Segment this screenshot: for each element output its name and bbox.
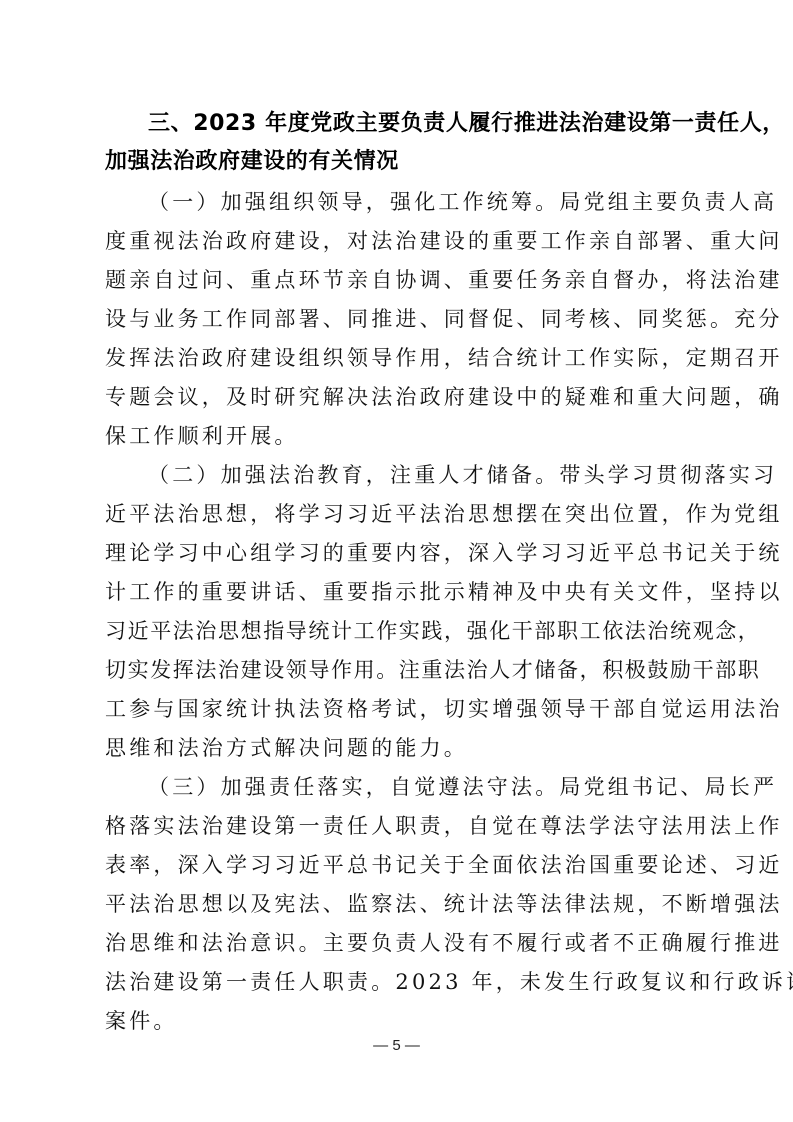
paragraph-2-line-8: 思维和法治方式解决问题的能力。 xyxy=(105,734,695,762)
paragraph-1-line-5: 发挥法治政府建设组织领导作用，结合统计工作实际，定期召开 xyxy=(105,344,695,372)
paragraph-1-line-7: 保工作顺利开展。 xyxy=(105,422,695,450)
paragraph-1-line-2: 度重视法治政府建设，对法治建设的重要工作亲自部署、重大问 xyxy=(105,227,695,255)
paragraph-3-line-4: 平法治思想以及宪法、监察法、统计法等法律法规，不断增强法 xyxy=(105,890,695,918)
section-heading-line-1: 三、2023 年度党政主要负责人履行推进法治建设第一责任人， xyxy=(148,110,695,138)
paragraph-1-line-4: 设与业务工作同部署、同推进、同督促、同考核、同奖惩。充分 xyxy=(105,305,695,333)
paragraph-2-line-7: 工参与国家统计执法资格考试，切实增强领导干部自觉运用法治 xyxy=(105,695,695,723)
document-page: 三、2023 年度党政主要负责人履行推进法治建设第一责任人， 加强法治政府建设的… xyxy=(0,0,793,1122)
paragraph-3-line-6: 法治建设第一责任人职责。2023 年，未发生行政复议和行政诉讼 xyxy=(105,968,695,996)
paragraph-2-line-1: （二）加强法治教育，注重人才储备。带头学习贯彻落实习 xyxy=(148,461,695,489)
paragraph-2-line-6: 切实发挥法治建设领导作用。注重法治人才储备，积极鼓励干部职 xyxy=(105,656,695,684)
paragraph-3-line-2: 格落实法治建设第一责任人职责，自觉在尊法学法守法用法上作 xyxy=(105,812,695,840)
paragraph-1-line-1: （一）加强组织领导，强化工作统筹。局党组主要负责人高 xyxy=(148,188,695,216)
section-heading-line-2: 加强法治政府建设的有关情况 xyxy=(105,148,695,176)
paragraph-1-line-6: 专题会议，及时研究解决法治政府建设中的疑难和重大问题，确 xyxy=(105,383,695,411)
page-number: — 5 — xyxy=(0,1037,793,1054)
paragraph-1-line-3: 题亲自过问、重点环节亲自协调、重要任务亲自督办，将法治建 xyxy=(105,266,695,294)
paragraph-3-line-3: 表率，深入学习习近平总书记关于全面依法治国重要论述、习近 xyxy=(105,851,695,879)
paragraph-3-line-7: 案件。 xyxy=(105,1007,695,1035)
paragraph-2-line-3: 理论学习中心组学习的重要内容，深入学习习近平总书记关于统 xyxy=(105,539,695,567)
paragraph-2-line-5: 习近平法治思想指导统计工作实践，强化干部职工依法治统观念， xyxy=(105,617,695,645)
paragraph-2-line-2: 近平法治思想，将学习习近平法治思想摆在突出位置，作为党组 xyxy=(105,500,695,528)
paragraph-2-line-4: 计工作的重要讲话、重要指示批示精神及中央有关文件，坚持以 xyxy=(105,578,695,606)
paragraph-3-line-5: 治思维和法治意识。主要负责人没有不履行或者不正确履行推进 xyxy=(105,929,695,957)
paragraph-3-line-1: （三）加强责任落实，自觉遵法守法。局党组书记、局长严 xyxy=(148,773,695,801)
